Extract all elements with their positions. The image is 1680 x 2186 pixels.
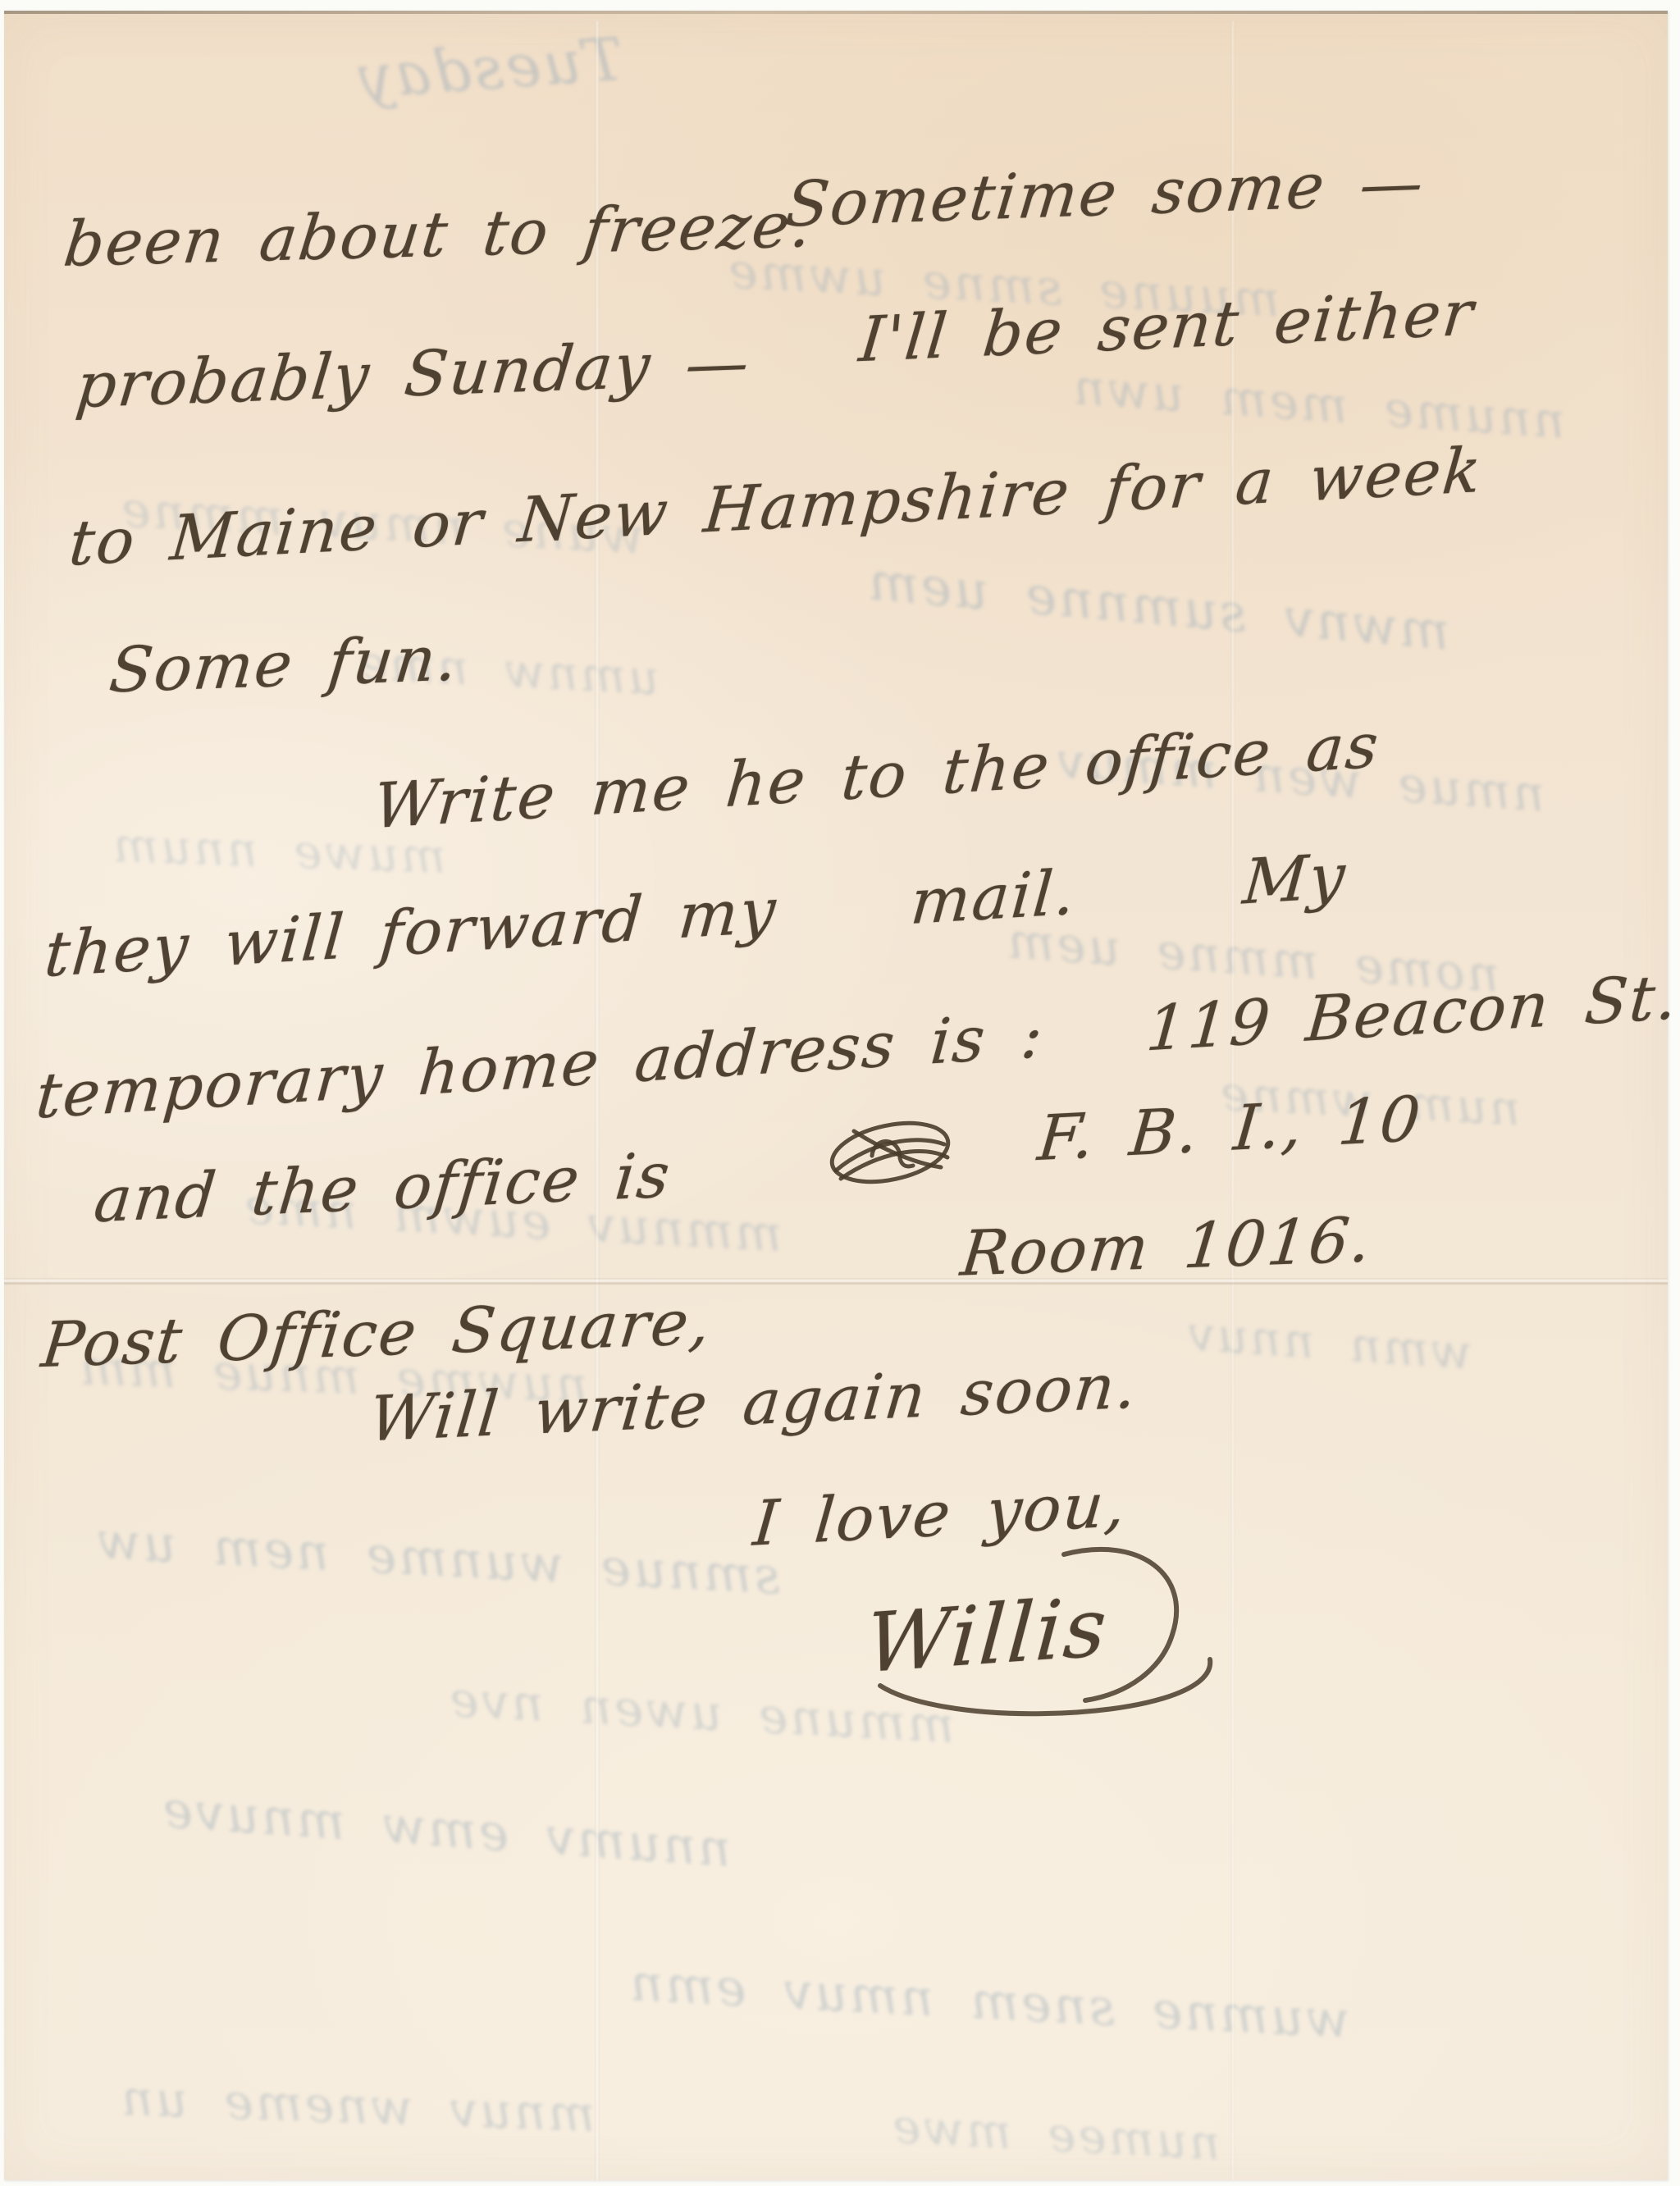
bleedthrough-line: mwnv sumnne uem [864,551,1452,663]
scribbled-at-icon [818,1107,962,1198]
fold-crease-horizontal [4,1278,1668,1285]
scan-background: { "scan": { "background_color": "#fbfbf8… [0,0,1680,2186]
letter-line: been about to freeze. [60,188,816,281]
bleedthrough-line: mnuv wneme un [118,2070,596,2143]
signature-flourish [857,1538,1243,1731]
bleedthrough-line: wumne snem nmuv emn [627,1952,1351,2050]
bleedthrough-line: wmn nnuv [1184,1305,1473,1381]
bleedthrough-line: Tuesday [354,25,625,112]
letter-line: probably Sunday — [73,326,755,422]
letter-paper: Tuesday muune smne uwme nnume mem uwn wu… [4,11,1668,2180]
bleedthrough-line: nnume mem uwn [1069,358,1567,450]
letter-line: Sometime some — [783,146,1429,241]
letter-line: Room 1016. [957,1203,1376,1289]
letter-line: Some fun. [106,622,462,707]
bleedthrough-line: smnue wunme nem uw [94,1510,783,1606]
bleedthrough-line: numee mwe [888,2098,1221,2171]
bleedthrough-line: nnumv emw mnuve [158,1779,733,1878]
paper-top-edge [4,11,1668,14]
letter-line: Post Office Square, [39,1285,715,1381]
letter-line: to Maine or New Hampshire for a week [66,433,1486,579]
letter-line: F. B. I., 10 [1035,1082,1425,1175]
